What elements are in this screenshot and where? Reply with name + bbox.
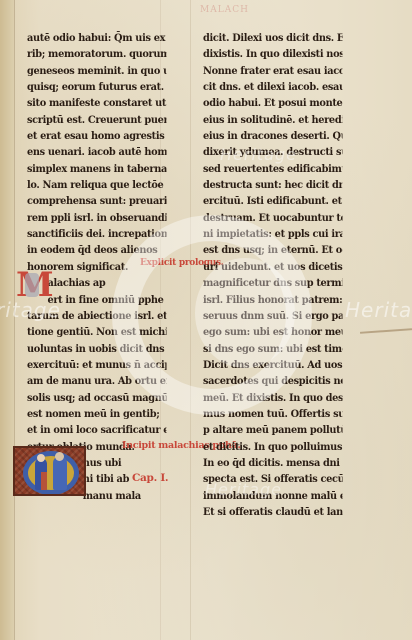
figure-head [37, 454, 45, 462]
text-line: specta est. Si offeratis cecū ad [203, 471, 343, 487]
watermark-text-right: Herita [345, 298, 412, 322]
text-line: dixerit ydumea. destructi sumus [203, 144, 343, 160]
text-line: quisq; eorum futurus erat. ppo [27, 79, 167, 95]
text-line: tione gentiū. Non est michi [27, 324, 167, 340]
text-line: In eo q̄d dicitis. mensa dni de [203, 455, 343, 471]
text-line: odio habui. Et posui montes [203, 95, 343, 111]
red-initial-m: M [16, 268, 50, 302]
text-line: eius in dracones deserti. Quod si [203, 128, 343, 144]
text-line: sanctificiis dei. increpationē [27, 226, 167, 242]
text-line: ni impietatis: et ppls cui irat [203, 226, 343, 242]
text-line: ercituū. Isti edificabunt. et ego [203, 193, 343, 209]
text-line: sacerdotes qui despicitis nom [203, 373, 343, 389]
text-line: Dicit dns exercituū. Ad uos o [203, 357, 343, 373]
text-line: destructa sunt: hec dicit dns ex [203, 177, 343, 193]
figure-robe [41, 472, 47, 490]
right-column: dicit. Dilexi uos dicit dns. Et dixistis… [203, 30, 353, 520]
text-line: seruus dnm suū. Si ergo pater [203, 308, 343, 324]
text-line: geneseos meminit. in quo unū [27, 63, 167, 79]
text-line: sed reuertentes edificabimus que [203, 161, 343, 177]
text-line: ego sum: ubi est honor meus. Et [203, 324, 343, 340]
running-head: MALACH [200, 5, 249, 15]
text-line: simplex manens in tabernacu [27, 161, 167, 177]
ruling-line [190, 0, 191, 640]
text-line: sito manifeste constaret ut [27, 95, 167, 111]
text-line: Nonne frater erat esau iacob di [203, 63, 343, 79]
text-line: destruam. Et uocabuntur termi [203, 210, 343, 226]
text-line: dicit. Dilexi uos dicit dns. Et [203, 30, 343, 46]
text-line: exercituū: et munus n̄ accipi [27, 357, 167, 373]
text-line: eius in solitudinē. et hereditatē [203, 112, 343, 128]
text-line: meū. Et dixistis. In quo despexi [203, 390, 343, 406]
historiated-initial [13, 446, 86, 496]
rubric-chapter: Cap. I. [132, 470, 168, 486]
manuscript-page: MALACH autē odio habui: Q̄m uis ex ope r… [0, 0, 412, 640]
text-line: cit dns. et dilexi iacob. esau autē [203, 79, 343, 95]
text-line: Et si offeratis claudū et lan [203, 504, 343, 520]
text-line: ens uenari. iacob autē homo [27, 144, 167, 160]
text-line: est nomen meū in gentib; [27, 406, 167, 422]
text-line: comprehensa sunt: preuaricato [27, 193, 167, 209]
text-line: rib; memoratorum. quorum liber [27, 46, 167, 62]
text-line: est dns usq; in eternū. Et oculi [203, 242, 343, 258]
second-figure [53, 456, 67, 490]
text-line: uoluntas in uobis dicit dns [27, 341, 167, 357]
initial-o-frame [23, 451, 79, 495]
text-line: et in omi loco sacrificatur et off [27, 422, 167, 438]
text-line: p altare meū panem pollutū: [203, 422, 343, 438]
initial-infill [25, 273, 39, 297]
parchment-crease [360, 328, 412, 334]
text-line: immolandum nonne malū est? [203, 488, 343, 504]
text-line: magnificetur dns sup terminū [203, 275, 343, 291]
text-line: isrl. Filius honorat patrem: et [203, 292, 343, 308]
text-line: et dicitis. In quo polluimus te. [203, 439, 343, 455]
text-line: dixistis. In quo dilexisti nos. [203, 46, 343, 62]
text-line: autē odio habui: Q̄m uis ex ope [27, 30, 167, 46]
text-line: si dns ego sum: ubi est timor meus. [203, 341, 343, 357]
text-line: am de manu ura. Ab ortu enī [27, 373, 167, 389]
text-line: mus nomen tuū. Offertis su [203, 406, 343, 422]
text-line: solis usq; ad occasū magnū [27, 390, 167, 406]
text-line: scriptū est. Creuerunt pueri: [27, 112, 167, 128]
text-line: tarum de abiectione isrl. et uoca [27, 308, 167, 324]
text-line: uri uidebunt. et uos dicetis [203, 259, 343, 275]
figure-head [55, 452, 64, 461]
text-line: lo. Nam reliqua que lectōe [27, 177, 167, 193]
text-line: rem ppli isrl. in obseruandis [27, 210, 167, 226]
binding-gutter [0, 0, 14, 640]
binding-edge [14, 0, 15, 640]
text-line: et erat esau homo agrestis sci [27, 128, 167, 144]
